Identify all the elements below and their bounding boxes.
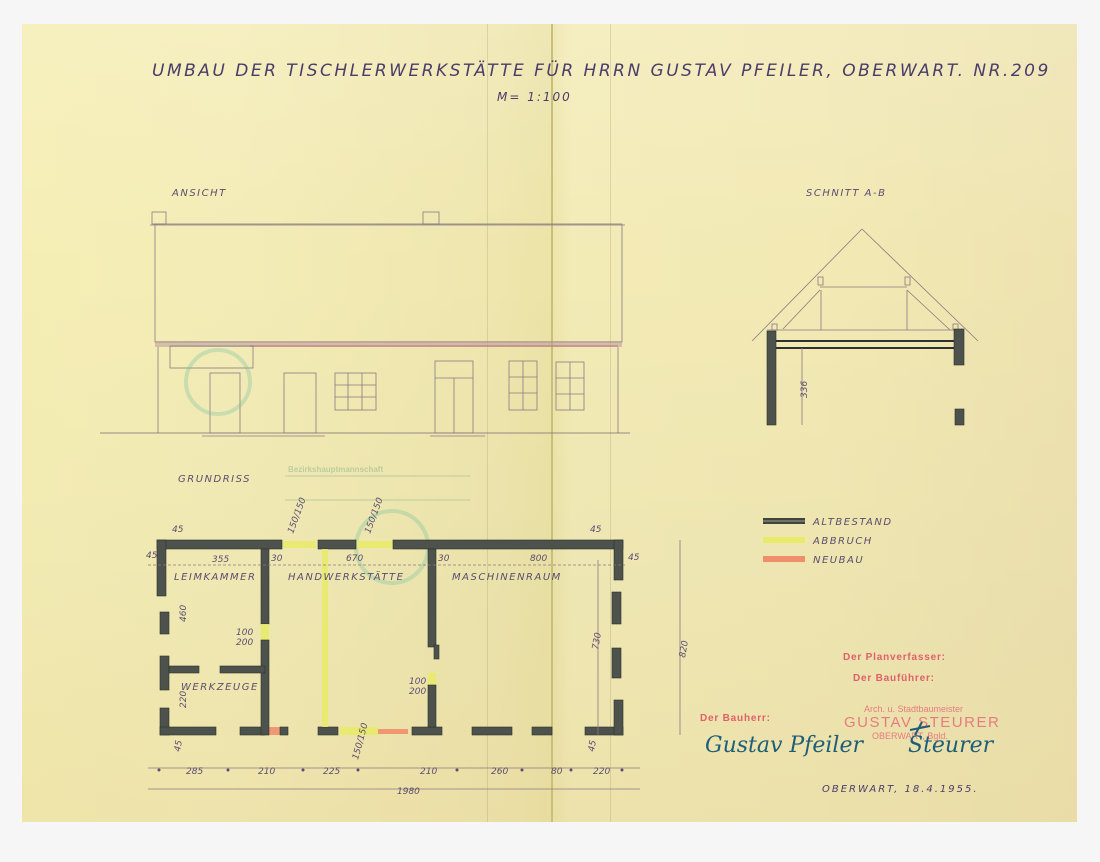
stamp-bauherr: Der Bauherr: [700, 713, 771, 724]
svg-text:225: 225 [323, 767, 340, 777]
elevation-drawing [100, 212, 630, 436]
svg-text:220: 220 [593, 767, 610, 777]
svg-text:Bezirkshauptmannschaft: Bezirkshauptmannschaft [288, 465, 383, 474]
dim-opening-2-w: 100 [409, 677, 426, 687]
svg-text:80: 80 [551, 767, 563, 777]
dim-door-top-1: 150/150 [286, 496, 308, 535]
dim-room-width-2: 670 [346, 554, 363, 564]
plan-label: GRUNDRISS [178, 474, 251, 485]
signature-architect: Steurer [908, 733, 995, 758]
dim-wall-outer-top: 45 [172, 525, 184, 535]
room-label-werkzeuge: WERKZEUGE [181, 682, 259, 693]
dim-wall-outer-left: 45 [146, 551, 158, 561]
dim-opening-1-h: 200 [236, 638, 253, 648]
section-drawing: 336 [752, 229, 978, 425]
section-label: SCHNITT A-B [806, 188, 886, 199]
drawing-scale: M= 1:100 [497, 90, 572, 104]
dim-wall-inner-1: 30 [271, 554, 283, 564]
authority-stamp: Bezirkshauptmannschaft [285, 465, 470, 500]
dim-opening-1-w: 100 [236, 628, 253, 638]
dim-wall-bottom-right: 45 [587, 739, 599, 752]
svg-text:210: 210 [258, 767, 275, 777]
dim-wall-outer-right: 45 [628, 553, 640, 563]
drawing-canvas: UMBAU DER TISCHLERWERKSTÄTTE FÜR HRRN GU… [0, 0, 1100, 862]
svg-text:210: 210 [420, 767, 437, 777]
legend: ALTBESTAND ABBRUCH NEUBAU [763, 517, 893, 566]
dim-overall-depth: 820 [678, 640, 691, 659]
dim-wall-inner-2: 30 [438, 554, 450, 564]
dim-opening-2-h: 200 [409, 687, 426, 697]
dim-overall-length: 1980 [397, 787, 420, 797]
legend-item-abbruch: ABBRUCH [763, 536, 873, 547]
stamp-baufuehrer: Der Bauführer: [853, 673, 935, 684]
svg-text:NEUBAU: NEUBAU [813, 555, 864, 566]
place-date: OBERWART, 18.4.1955. [822, 784, 979, 795]
svg-text:285: 285 [186, 767, 203, 777]
signature-bauherr: Gustav Pfeiler [705, 733, 864, 758]
room-label-handwerkstaette: HANDWERKSTÄTTE [288, 570, 404, 583]
svg-text:ABBRUCH: ABBRUCH [812, 536, 873, 547]
bottom-dimension-chain: 285 210 225 210 260 80 220 [158, 767, 624, 777]
svg-text:ALTBESTAND: ALTBESTAND [812, 517, 893, 528]
dim-right-height: 730 [591, 632, 604, 651]
dim-wall-outer-top-right: 45 [590, 525, 602, 535]
section-height-dim: 336 [800, 381, 810, 398]
stamp-architect-title: Arch. u. Stadtbaumeister [864, 704, 963, 714]
dim-room-width-1: 355 [212, 555, 229, 565]
dim-door-top-2: 150/150 [363, 496, 385, 535]
legend-item-neubau: NEUBAU [763, 555, 864, 566]
room-label-leimkammer: LEIMKAMMER [174, 572, 256, 583]
dim-room-width-3: 800 [530, 554, 547, 564]
stamp-planverfasser: Der Planverfasser: [843, 652, 946, 663]
legend-item-altbestand: ALTBESTAND [763, 517, 893, 528]
dim-left-height-1: 460 [179, 605, 189, 622]
elevation-label: ANSICHT [171, 188, 227, 199]
dim-left-height-2: 220 [179, 691, 189, 708]
dim-wall-bottom-left: 45 [173, 739, 185, 752]
svg-text:260: 260 [491, 767, 508, 777]
drawing-title: UMBAU DER TISCHLERWERKSTÄTTE FÜR HRRN GU… [152, 59, 1051, 81]
room-label-maschinenraum: MASCHINENRAUM [452, 572, 562, 583]
